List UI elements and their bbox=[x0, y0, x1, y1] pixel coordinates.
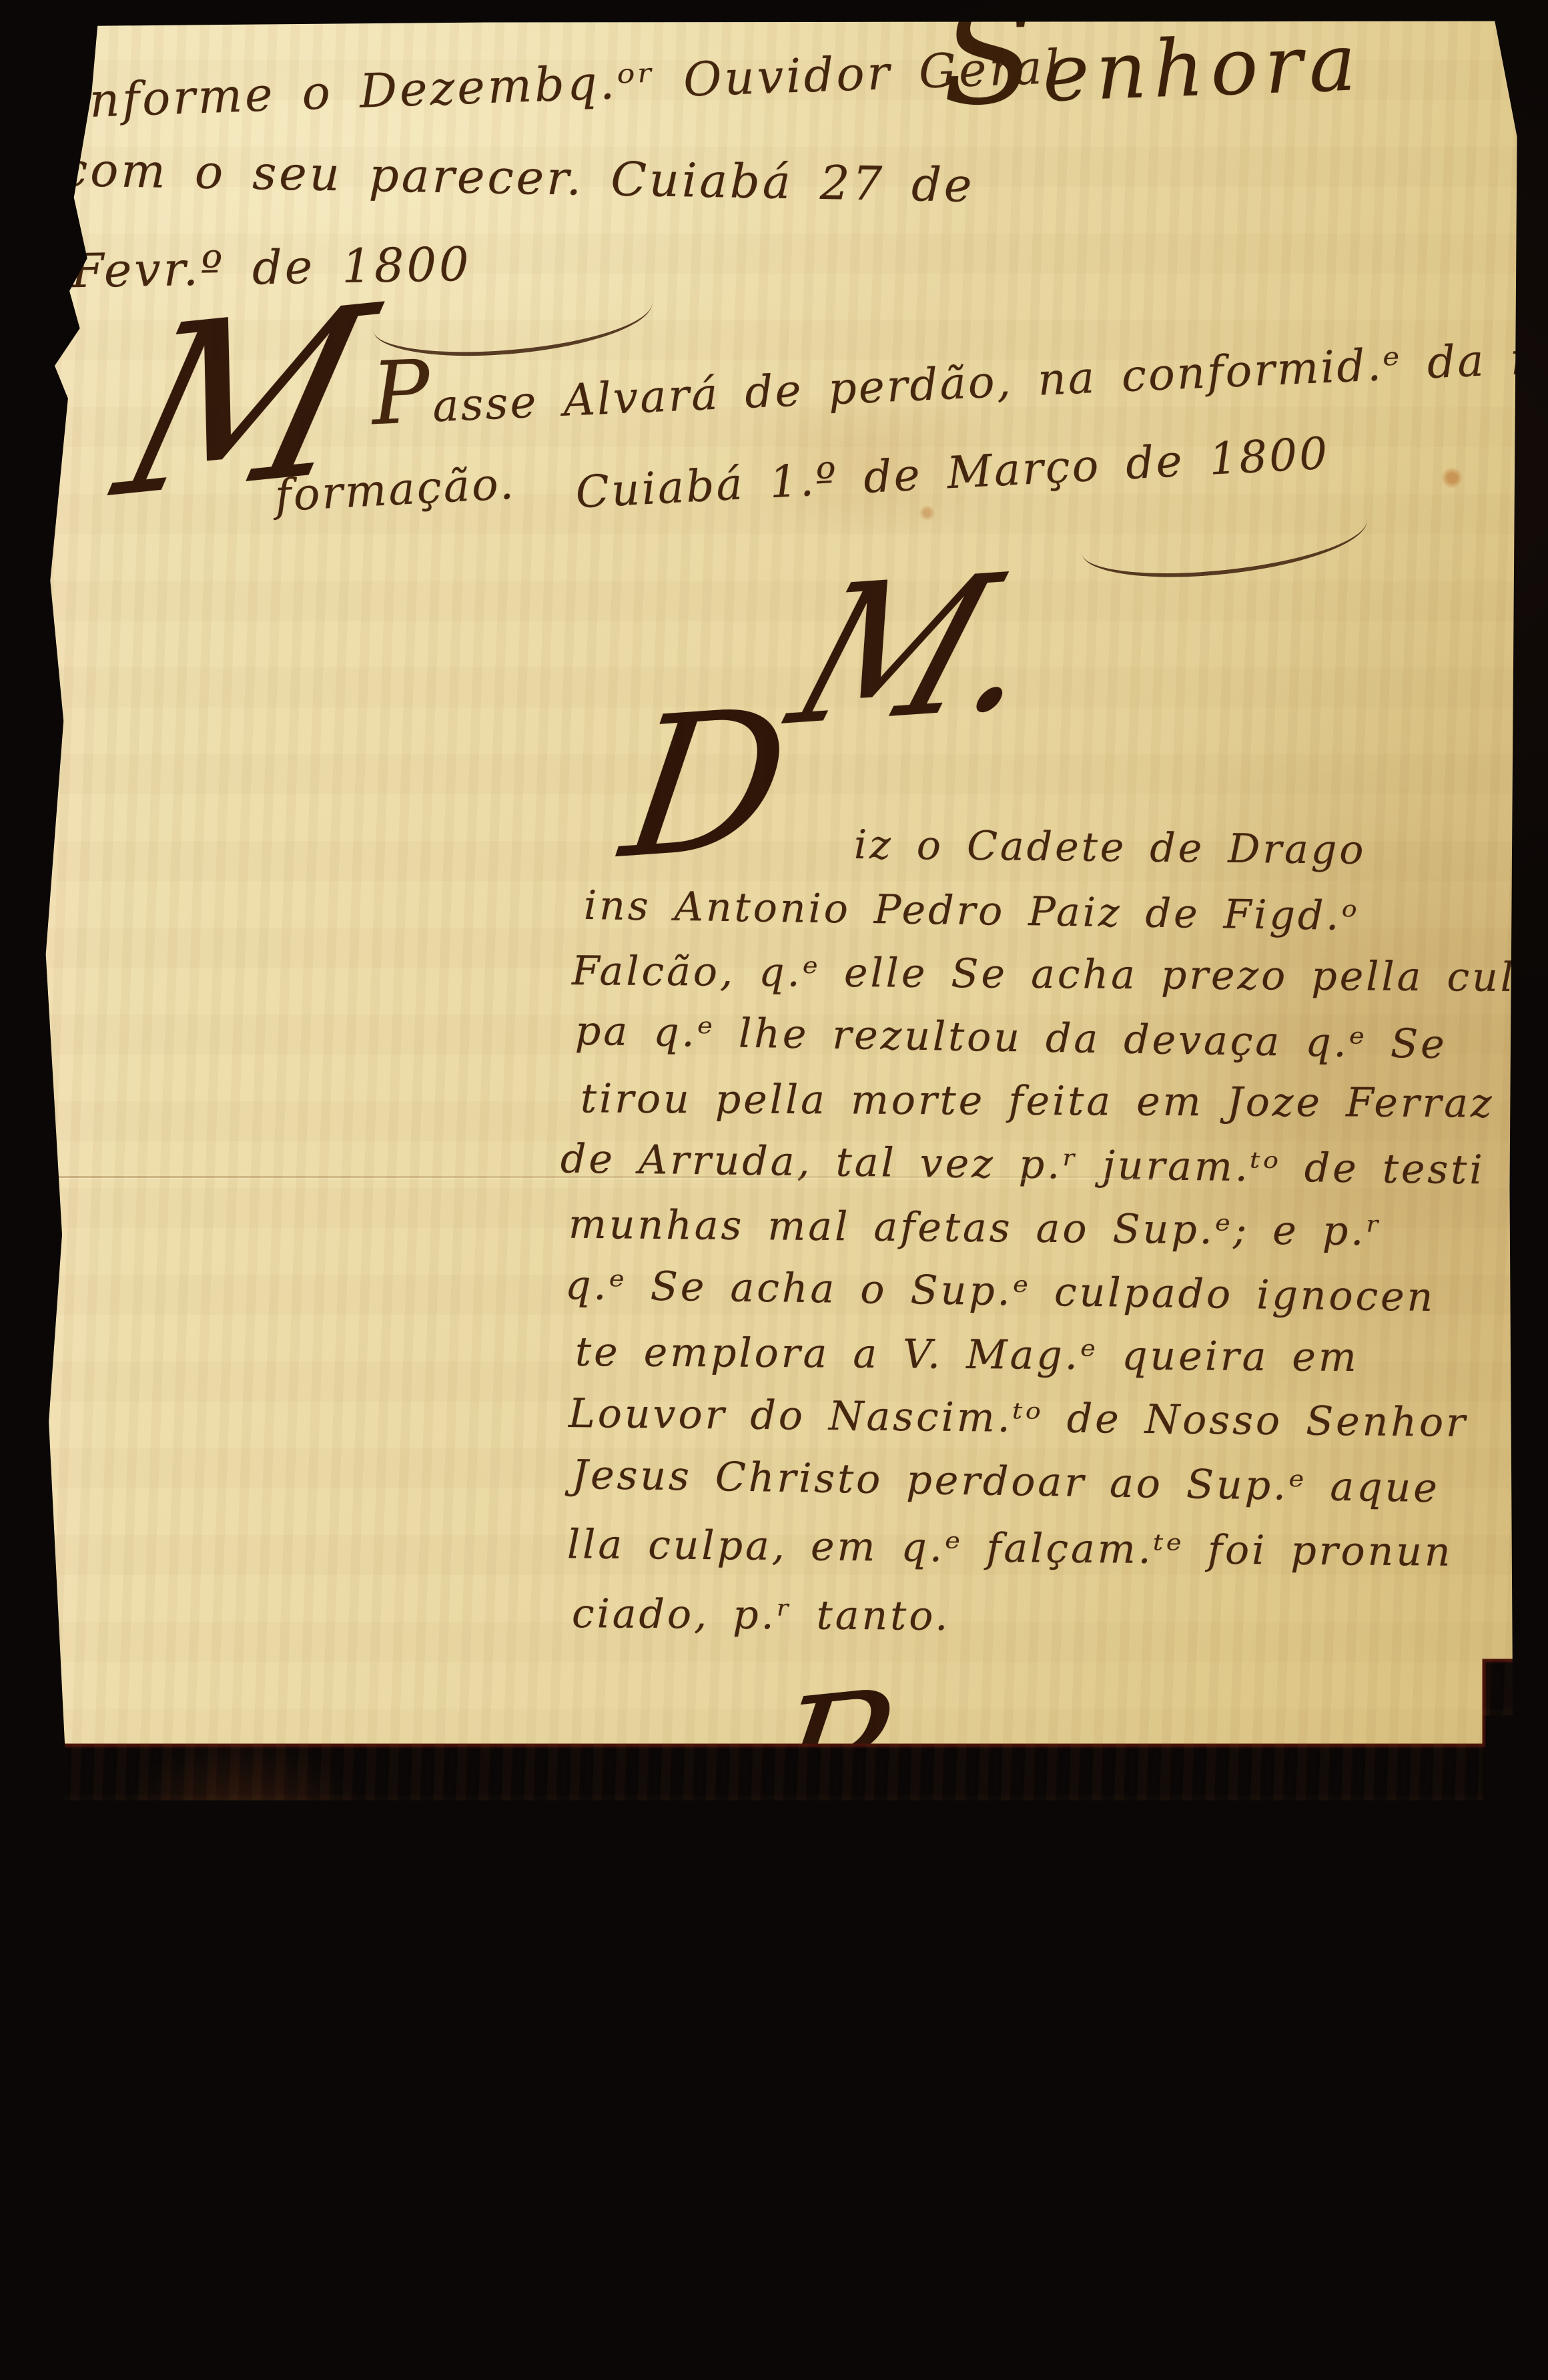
petition-line: ciado, p.ʳ tanto. bbox=[572, 1590, 951, 1640]
petition-line: de Arruda, tal vez p.ʳ juram.ᵗᵒ de testi bbox=[560, 1136, 1485, 1194]
vocative-senhora: Senhora bbox=[941, 16, 1365, 123]
rubric-monogram-center: M. bbox=[777, 555, 1064, 743]
despacho-line2b: Cuiabá 1.º de Março de 1800 bbox=[574, 427, 1330, 518]
receipt-line2: de 1800. bbox=[260, 1936, 466, 1992]
petition-line: pa q.ᵉ lhe rezultou da devaça q.ᵉ Se bbox=[575, 1008, 1448, 1069]
manuscript-paper: Informe o Dezembq.ᵒʳ Ouvidor Geral com o… bbox=[41, 20, 1520, 2356]
royal-signature: R. M.ᵉ bbox=[1172, 2189, 1548, 2332]
receipt-mark: „ bbox=[187, 1735, 205, 1771]
petition-initial-letter: D bbox=[617, 702, 795, 868]
petition-line: ins Antonio Pedro Paiz de Figd.ᵒ bbox=[584, 882, 1360, 940]
receipt-line1: Em o 1.º de Março bbox=[241, 1844, 695, 1909]
petition-line: q.ᵉ Se acha o Sup.ᵉ culpado ignocen bbox=[565, 1262, 1436, 1321]
prayer-initial-letter: P. bbox=[765, 1683, 912, 1823]
despacho-line1: Passe Alvará de perdão, na conformid.ᵉ d… bbox=[371, 331, 1548, 435]
petition-line: munhas mal afetas ao Sup.ᵉ; e p.ʳ bbox=[568, 1201, 1383, 1255]
petition-line: Louvor do Nascim.ᵗᵒ de Nosso Senhor bbox=[568, 1390, 1469, 1446]
underline-flourish-despacho bbox=[1081, 515, 1371, 586]
petition-line: tirou pella morte feita em Joze Ferraz bbox=[580, 1075, 1495, 1127]
prayer-line3: p.ᵃ q.ᵉ Se isente a culpa, de q.ᵉ bbox=[860, 1911, 1548, 1990]
prayer-line2: passar Alvará de perdão bbox=[867, 1822, 1485, 1898]
petition-line: Falcão, q.ᵉ elle Se acha prezo pella cul bbox=[572, 948, 1516, 1001]
marginal-note-line2: com o seu parecer. Cuiabá 27 de bbox=[61, 142, 975, 213]
petition-line: iz o Cadete de Drago bbox=[854, 822, 1367, 874]
document-photo: { "page": { "background_color": "#0a0706… bbox=[0, 0, 1548, 2380]
petition-line: Jesus Christo perdoar ao Sup.ᵉ aque bbox=[572, 1452, 1441, 1512]
petition-line: lla culpa, em q.ᵉ falçam.ᵗᵉ foi pronun bbox=[567, 1521, 1453, 1576]
prayer-line1: a V. Mag.ᵉ Se digne m.ᵈᵃʳ bbox=[928, 1731, 1548, 1803]
marginal-note-line1: Informe o Dezembq.ᵒʳ Ouvidor Geral bbox=[67, 39, 1063, 129]
petition-line: te emplora a V. Mag.ᵉ queira em bbox=[575, 1329, 1359, 1381]
